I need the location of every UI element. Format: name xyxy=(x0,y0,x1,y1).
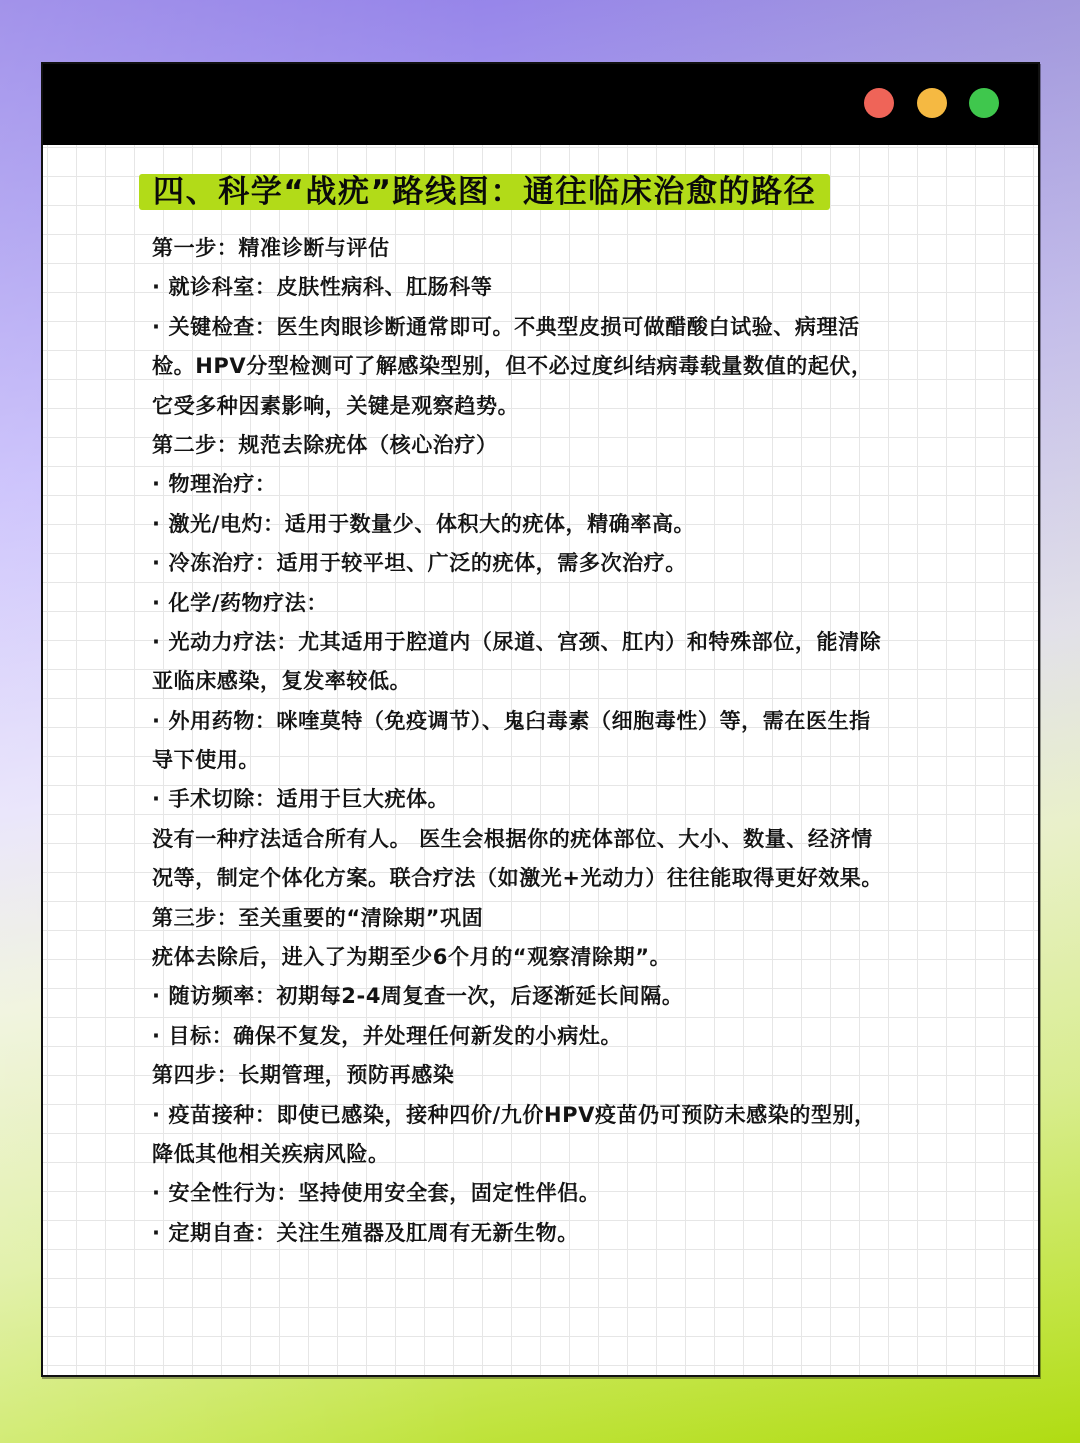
heading-highlight: 四、科学“战疣”路线图：通往临床治愈的路径 xyxy=(139,174,830,210)
list-item: · 定期自查：关注生殖器及肛周有无新生物。 xyxy=(152,1214,952,1253)
list-item-continuation: 亚临床感染，复发率较低。 xyxy=(152,662,952,701)
list-item: · 外用药物：咪喹莫特（免疫调节）、鬼臼毒素（细胞毒性）等，需在医生指 xyxy=(152,702,952,741)
list-item: · 随访频率：初期每2-4周复查一次，后逐渐延长间隔。 xyxy=(152,977,952,1016)
list-item: · 化学/药物疗法： xyxy=(152,584,952,623)
list-item: · 激光/电灼：适用于数量少、体积大的疣体，精确率高。 xyxy=(152,505,952,544)
step-3-title: 第三步：至关重要的“清除期”巩固 xyxy=(152,899,952,938)
list-item: · 物理治疗： xyxy=(152,465,952,504)
app-window: 四、科学“战疣”路线图：通往临床治愈的路径 第一步：精准诊断与评估 · 就诊科室… xyxy=(41,62,1040,1377)
grid-paper-content: 四、科学“战疣”路线图：通往临床治愈的路径 第一步：精准诊断与评估 · 就诊科室… xyxy=(43,145,1038,1375)
maximize-dot-icon[interactable] xyxy=(969,88,999,118)
article-body: 第一步：精准诊断与评估 · 就诊科室：皮肤性病科、肛肠科等 · 关键检查：医生肉… xyxy=(152,229,952,1253)
step-2-title: 第二步：规范去除疣体（核心治疗） xyxy=(152,426,952,465)
list-item: · 安全性行为：坚持使用安全套，固定性伴侣。 xyxy=(152,1174,952,1213)
paragraph: 疣体去除后，进入了为期至少6个月的“观察清除期”。 xyxy=(152,938,952,977)
close-dot-icon[interactable] xyxy=(864,88,894,118)
list-item-continuation: 导下使用。 xyxy=(152,741,952,780)
window-titlebar xyxy=(43,64,1038,145)
step-1-title: 第一步：精准诊断与评估 xyxy=(152,229,952,268)
list-item: · 目标：确保不复发，并处理任何新发的小病灶。 xyxy=(152,1017,952,1056)
list-item-continuation: 它受多种因素影响，关键是观察趋势。 xyxy=(152,387,952,426)
list-item: · 就诊科室：皮肤性病科、肛肠科等 xyxy=(152,268,952,307)
minimize-dot-icon[interactable] xyxy=(917,88,947,118)
list-item-continuation: 降低其他相关疾病风险。 xyxy=(152,1135,952,1174)
list-item: · 疫苗接种：即使已感染，接种四价/九价HPV疫苗仍可预防未感染的型别， xyxy=(152,1096,952,1135)
list-item-continuation: 检。HPV分型检测可了解感染型别，但不必过度纠结病毒载量数值的起伏， xyxy=(152,347,952,386)
paragraph: 没有一种疗法适合所有人。 医生会根据你的疣体部位、大小、数量、经济情 xyxy=(152,820,952,859)
paragraph-continuation: 况等，制定个体化方案。联合疗法（如激光+光动力）往往能取得更好效果。 xyxy=(152,859,952,898)
list-item: · 光动力疗法：尤其适用于腔道内（尿道、宫颈、肛内）和特殊部位，能清除 xyxy=(152,623,952,662)
step-4-title: 第四步：长期管理，预防再感染 xyxy=(152,1056,952,1095)
section-heading: 四、科学“战疣”路线图：通往临床治愈的路径 xyxy=(153,174,816,210)
list-item: · 关键检查：医生肉眼诊断通常即可。不典型皮损可做醋酸白试验、病理活 xyxy=(152,308,952,347)
list-item: · 冷冻治疗：适用于较平坦、广泛的疣体，需多次治疗。 xyxy=(152,544,952,583)
list-item: · 手术切除：适用于巨大疣体。 xyxy=(152,780,952,819)
